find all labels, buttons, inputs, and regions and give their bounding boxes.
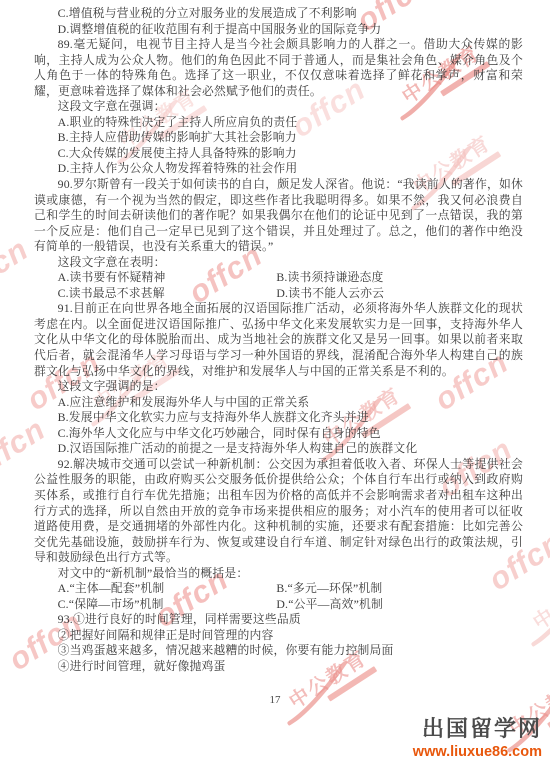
question-91-option-c: C.海外华人文化应与中华文化巧妙融合，同时保有自身的特色 (34, 426, 523, 442)
question-90-option-d: D.读书不能人云亦云 (276, 286, 523, 302)
question-91-prompt: 这段文字强调的是： (34, 379, 523, 395)
question-89-option-d: D.主持人作为公众人物发挥着特殊的社会作用 (34, 161, 523, 177)
question-91-option-d: D.汉语国际推广活动的前提之一是支持海外华人构建自己的族群文化 (34, 441, 523, 457)
question-93-sentence-1: 93.①进行良好的时间管理，同样需要这些品质 (34, 612, 523, 628)
question-92-option-d: D.“公平—高效”机制 (276, 597, 523, 613)
question-90-option-a: A.读书要有怀疑精神 (58, 270, 277, 286)
question-92-options-row-2: C.“保障—市场”机制 D.“公平—高效”机制 (34, 597, 523, 613)
site-url: www.liuxue86.com (413, 744, 542, 760)
exam-content: C.增值税与营业税的分立对服务业的发展造成了不利影响 D.调整增值税的征收范围有… (34, 6, 523, 675)
question-90-options-row-1: A.读书要有怀疑精神 B.读书须持谦逊态度 (34, 270, 523, 286)
question-92-option-b: B.“多元—环保”机制 (276, 581, 523, 597)
site-name: 出国留学网 (413, 712, 542, 743)
question-92-prompt: 对文中的“新机制”最恰当的概括是： (34, 566, 523, 582)
zhonggong-watermark: 中公教育 (526, 562, 550, 641)
question-93-sentence-2: ②把握好间隔和规律正是时间管理的内容 (34, 628, 523, 644)
question-90-passage: 90.罗尔斯曾有一段关于如何读书的自白，颇足发人深省。他说：“我读前人的著作，如… (34, 177, 523, 255)
question-88-option-c: C.增值税与营业税的分立对服务业的发展造成了不利影响 (34, 6, 523, 22)
question-92-passage: 92.解决城市交通可以尝试一种新机制：公交因为承担着低收入者、环保人士等提供社会… (34, 457, 523, 566)
question-89-option-b: B.主持人应借助传媒的影响扩大其社会影响力 (34, 130, 523, 146)
question-89-option-c: C.大众传媒的发展使主持人具备特殊的影响力 (34, 146, 523, 162)
question-92-option-a: A.“主体—配套”机制 (58, 581, 277, 597)
question-91-option-a: A.应注意维护和发展海外华人与中国的正常关系 (34, 395, 523, 411)
question-89-option-a: A.职业的特殊性决定了主持人所应肩负的责任 (34, 115, 523, 131)
question-92-options-row-1: A.“主体—配套”机制 B.“多元—环保”机制 (34, 581, 523, 597)
question-90-prompt: 这段文字意在表明： (34, 255, 523, 271)
swoosh-icon (520, 581, 550, 647)
question-90-option-b: B.读书须持谦逊态度 (276, 270, 523, 286)
question-90-option-c: C.读书最忌不求甚解 (58, 286, 277, 302)
question-90-options-row-2: C.读书最忌不求甚解 D.读书不能人云亦云 (34, 286, 523, 302)
question-89-prompt: 这段文字意在强调： (34, 99, 523, 115)
offcn-watermark-icon: offcn (0, 231, 35, 305)
page-number: 17 (0, 694, 550, 706)
site-logo: 出国留学网 www.liuxue86.com (413, 712, 542, 760)
question-89-passage: 89.毫无疑问，电视节目主持人是当今社会颇具影响力的人群之一。借助大众传媒的影响… (34, 37, 523, 99)
question-91-option-b: B.发展中华文化软实力应与支持海外华人族群文化齐头并进 (34, 410, 523, 426)
question-88-option-d: D.调整增值税的征收范围有利于提高中国服务业的国际竞争力 (34, 22, 523, 38)
question-91-passage: 91.目前正在向世界各地全面拓展的汉语国际推广活动，必须将海外华人族群文化的现状… (34, 301, 523, 379)
exam-page: offcn offcn offcn offcn offcn offcn offc… (0, 0, 550, 767)
question-93-sentence-3: ③当鸡蛋越来越多，情况越来越糟的时候，你要有能力控制局面 (34, 643, 523, 659)
question-93-sentence-4: ④进行时间管理，就好像抛鸡蛋 (34, 659, 523, 675)
question-92-option-c: C.“保障—市场”机制 (58, 597, 277, 613)
